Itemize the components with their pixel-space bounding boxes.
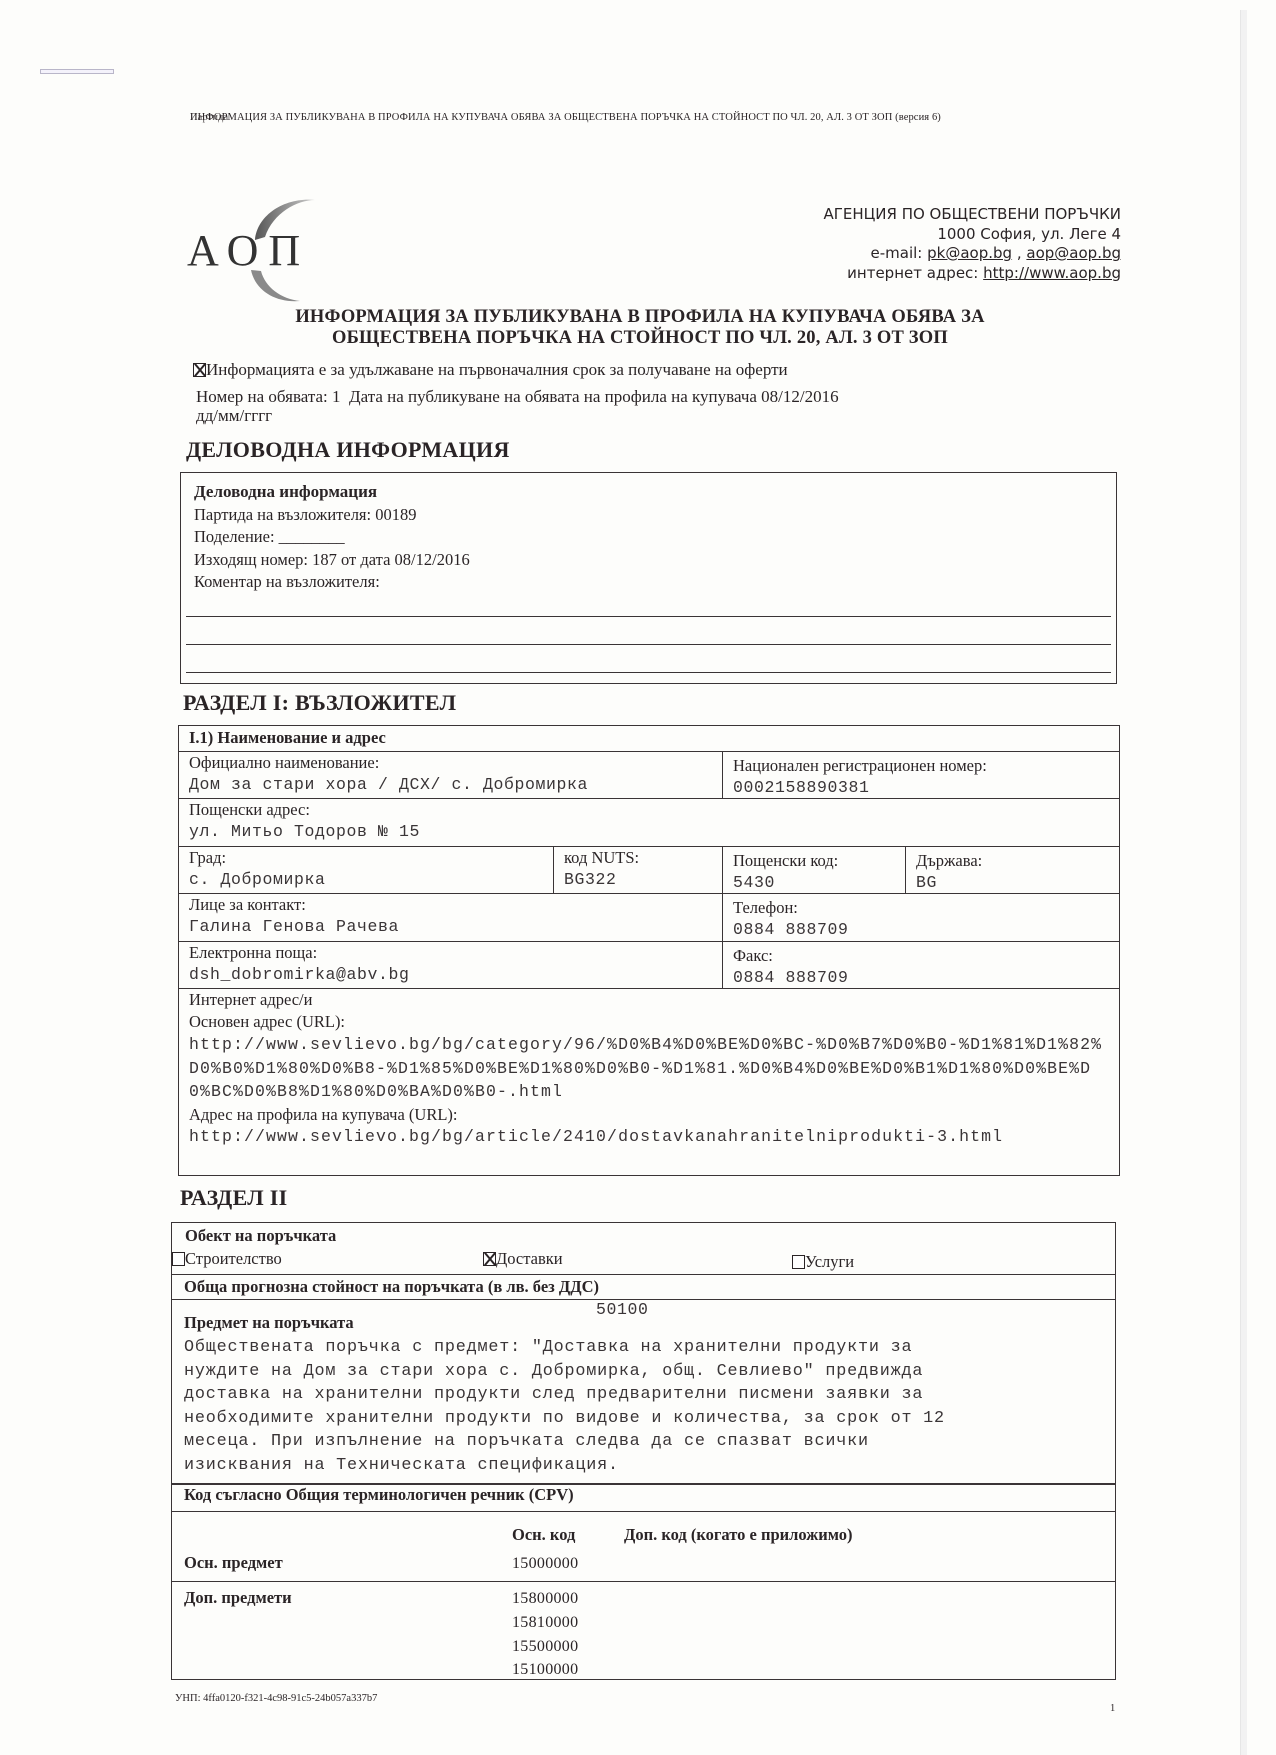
city-value: с. Добромирка (189, 868, 543, 892)
cpv-additional-code: 15800000 (512, 1590, 578, 1608)
extension-option: Информацията е за удължаване на първонач… (193, 360, 788, 380)
construction-checkbox[interactable] (172, 1252, 185, 1266)
agency-block: АГЕНЦИЯ ПО ОБЩЕСТВЕНИ ПОРЪЧКИ 1000 София… (823, 205, 1121, 283)
cpv-additional-code: 15810000 (512, 1614, 578, 1632)
notice-number: 1 (332, 387, 341, 406)
cpv-additional-code: 15100000 (512, 1661, 578, 1679)
agency-name: АГЕНЦИЯ ПО ОБЩЕСТВЕНИ ПОРЪЧКИ (823, 205, 1121, 225)
postcode-value: 5430 (733, 871, 895, 895)
aop-logo: АОП (185, 195, 345, 305)
section2-table: Обект на поръчката Строителство Доставки… (171, 1222, 1116, 1484)
outgoing-number: Изходящ номер: 187 от дата 08/12/2016 (194, 549, 470, 572)
unp-footer: УНП: 4ffa0120-f321-4c98-91c5-24b057a337b… (175, 1693, 377, 1704)
notice-info: Номер на обявата: 1 Дата на публикуване … (196, 387, 839, 425)
estimated-value: 50100 (596, 1300, 649, 1319)
section-heading-delovodna: ДЕЛОВОДНА ИНФОРМАЦИЯ (186, 437, 510, 463)
date-format-hint: дд/мм/гггг (196, 406, 839, 425)
extension-checkbox[interactable] (193, 363, 206, 377)
page-number: 1 (1110, 1703, 1115, 1714)
agency-email-link-2[interactable]: aop@aop.bg (1026, 244, 1121, 262)
services-checkbox[interactable] (792, 1255, 805, 1269)
option-services: Услуги (792, 1252, 854, 1272)
official-name-value: Дом за стари хора / ДСХ/ с. Добромирка (189, 773, 712, 797)
agency-web-link[interactable]: http://www.aop.bg (983, 264, 1121, 282)
cpv-title: Код съгласно Общия терминологичен речник… (184, 1484, 574, 1506)
delovodna-box: Деловодна информация Партида на възложит… (180, 472, 1117, 684)
running-header-overlay: Партида (190, 112, 228, 123)
extension-label: Информацията е за удължаване на първонач… (206, 360, 788, 379)
comment-label: Коментар на възложителя: (194, 571, 470, 594)
reg-no-value: 0002158890381 (733, 776, 1109, 800)
partida: Партида на възложителя: 00189 (194, 504, 470, 527)
document-title: ИНФОРМАЦИЯ ЗА ПУБЛИКУВАНА В ПРОФИЛА НА К… (200, 307, 1080, 349)
comment-line (186, 644, 1111, 645)
fax-value: 0884 888709 (733, 966, 1109, 990)
delovodna-box-title: Деловодна информация (194, 481, 470, 504)
logo-text: АОП (187, 225, 310, 276)
country-value: BG (916, 871, 1109, 895)
contact-value: Галина Генова Рачева (189, 915, 712, 939)
nuts-value: BG322 (564, 868, 712, 892)
podelenie: Поделение: ________ (194, 526, 470, 549)
comment-line (186, 616, 1111, 617)
cpv-table: Код съгласно Общия терминологичен речник… (171, 1484, 1116, 1680)
estimated-value-title: Обща прогнозна стойност на поръчката (в … (172, 1275, 609, 1299)
phone-value: 0884 888709 (733, 918, 1109, 942)
section-heading-1: РАЗДЕЛ I: ВЪЗЛОЖИТЕЛ (183, 690, 456, 716)
option-supplies: Доставки (483, 1249, 563, 1269)
contracting-authority-table: I.1) Наименование и адрес Официално наим… (178, 725, 1120, 1176)
cpv-additional-code: 15500000 (512, 1638, 578, 1656)
agency-web-line: интернет адрес: http://www.aop.bg (823, 264, 1121, 284)
notice-date: 08/12/2016 (761, 387, 838, 406)
option-construction: Строителство (172, 1249, 282, 1269)
cpv-additional-label: Доп. предмети (184, 1588, 292, 1608)
scan-artifact (40, 69, 114, 74)
page-edge (1240, 10, 1247, 1755)
email-value[interactable]: dsh_dobromirka@abv.bg (189, 963, 712, 987)
cpv-main-code: 15000000 (512, 1555, 578, 1573)
main-url-link[interactable]: http://www.sevlievo.bg/bg/category/96/%D… (189, 1033, 1109, 1104)
supplies-checkbox[interactable] (483, 1252, 496, 1266)
section-heading-2: РАЗДЕЛ II (180, 1185, 287, 1211)
profile-url-link[interactable]: http://www.sevlievo.bg/bg/article/2410/d… (189, 1125, 1109, 1149)
agency-email-link-1[interactable]: pk@aop.bg (927, 244, 1012, 262)
cpv-main-label: Осн. предмет (184, 1553, 283, 1573)
object-title: Обект на поръчката (185, 1225, 336, 1247)
comment-line (186, 672, 1111, 673)
cpv-col-additional: Доп. код (когато е приложимо) (624, 1525, 852, 1545)
postal-address-value: ул. Митьо Тодоров № 15 (189, 820, 1109, 844)
running-header-text: ИНФОРМАЦИЯ ЗА ПУБЛИКУВАНА В ПРОФИЛА НА К… (190, 112, 941, 123)
cpv-col-main: Осн. код (512, 1525, 575, 1545)
agency-address: 1000 София, ул. Леге 4 (823, 225, 1121, 245)
subject-description: Обществената поръчка с предмет: "Доставк… (184, 1336, 1105, 1477)
agency-email-line: e-mail: pk@aop.bg , aop@aop.bg (823, 244, 1121, 264)
subsection-title: I.1) Наименование и адрес (179, 726, 1119, 751)
running-header: Партида ИНФОРМАЦИЯ ЗА ПУБЛИКУВАНА В ПРОФ… (190, 112, 941, 123)
